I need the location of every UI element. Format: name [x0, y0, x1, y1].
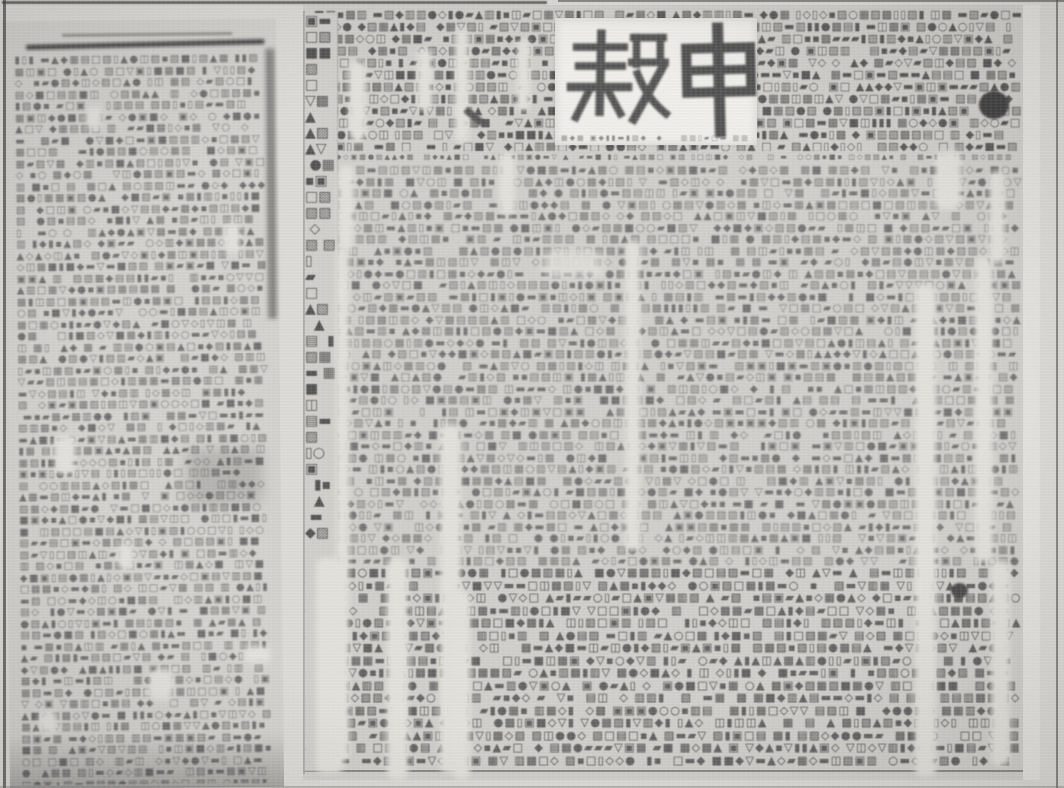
left-page-body-text: ▮▯▮ ▬▲◆▦▤□▧▯▲●◫▨▪▧■▯▧▲▩ ▮▮▨▩◫▣□ ●▯▲○ ▧□▽… — [14, 53, 274, 786]
faded-column-streak — [316, 558, 344, 773]
left-page-top-ink-streak-2 — [62, 32, 232, 37]
masthead-char-shen-glyph — [686, 27, 753, 133]
left-page: ▮▯▮ ▬▲◆▦▤□▧▯▲●◫▨▪▧■▯▧▲▩ ▮▮▨▩◫▣□ ●▯▲○ ▧□▽… — [2, 19, 284, 788]
faded-column-streak — [455, 29, 469, 143]
faded-patch — [39, 711, 57, 733]
faded-patch — [935, 151, 961, 209]
photo-frame-right — [1056, 0, 1058, 788]
ink-smudge — [186, 449, 262, 505]
masthead-calligraphy — [555, 18, 757, 145]
masthead-box: 申報 — [555, 18, 757, 145]
left-page-bottom-smudge — [9, 732, 284, 788]
faded-patch — [54, 436, 74, 474]
faded-patch — [149, 670, 173, 700]
faded-column-streak — [991, 561, 1010, 766]
newspaper-scan-photo: ▮▯▮ ▬▲◆▦▤□▧▯▲●◫▨▪▧■▯▧▲▩ ▮▮▨▩◫▣□ ●▯▲○ ▧□▽… — [0, 0, 1064, 788]
faded-patch — [989, 171, 1005, 263]
faded-column-streak — [387, 558, 408, 780]
ink-blob — [951, 583, 968, 598]
left-page-top-ink-streak — [26, 39, 264, 50]
photo-frame-left — [3, 0, 6, 788]
masthead-bottom-caption: ▦◆▦ ▣◆▮▮▬▮▧◆ ◆ ▥▥▯▰□▬ ▥▥◇▤○▥▥▦■ ▤■●▽●▬▬ — [561, 133, 751, 144]
faded-patch — [499, 153, 515, 215]
faded-patch — [517, 39, 530, 111]
faded-patch — [87, 106, 102, 128]
right-page-margin — [1023, 5, 1040, 780]
right-page: ■▥▪▩▥ ▬▨◆▥▥●◇▮●▰▲▥▮▪◫▰□▦▽▩▮□▨ ▨▰▦◇■ ▲▩◆▥… — [303, 5, 1040, 780]
faded-column-streak — [625, 241, 640, 551]
faded-patch — [245, 647, 271, 663]
faded-column-streak — [975, 257, 993, 562]
left-page-right-edge-smudge — [265, 49, 277, 319]
faded-patch — [349, 60, 366, 142]
ink-blob — [979, 91, 1009, 119]
faded-patch — [117, 545, 132, 569]
faded-patch — [417, 49, 432, 111]
masthead-char-bao-glyph — [571, 34, 666, 120]
faded-column-streak — [338, 165, 354, 250]
photo-frame-top-right — [558, 0, 1064, 2]
dateline-text: ▲▩■ ◆◇▣▩●▤▲▲◆▩ ▤◆▪▲■□ ▪▲□ ▪▤▣●▬▽ ▲ ▰▬■ ▮… — [307, 151, 1022, 164]
faded-patch — [543, 251, 605, 277]
photo-frame-top-left — [2, 1, 547, 4]
faded-column-streak — [915, 285, 936, 777]
faded-column-streak — [453, 590, 470, 780]
faded-patch — [224, 224, 240, 252]
